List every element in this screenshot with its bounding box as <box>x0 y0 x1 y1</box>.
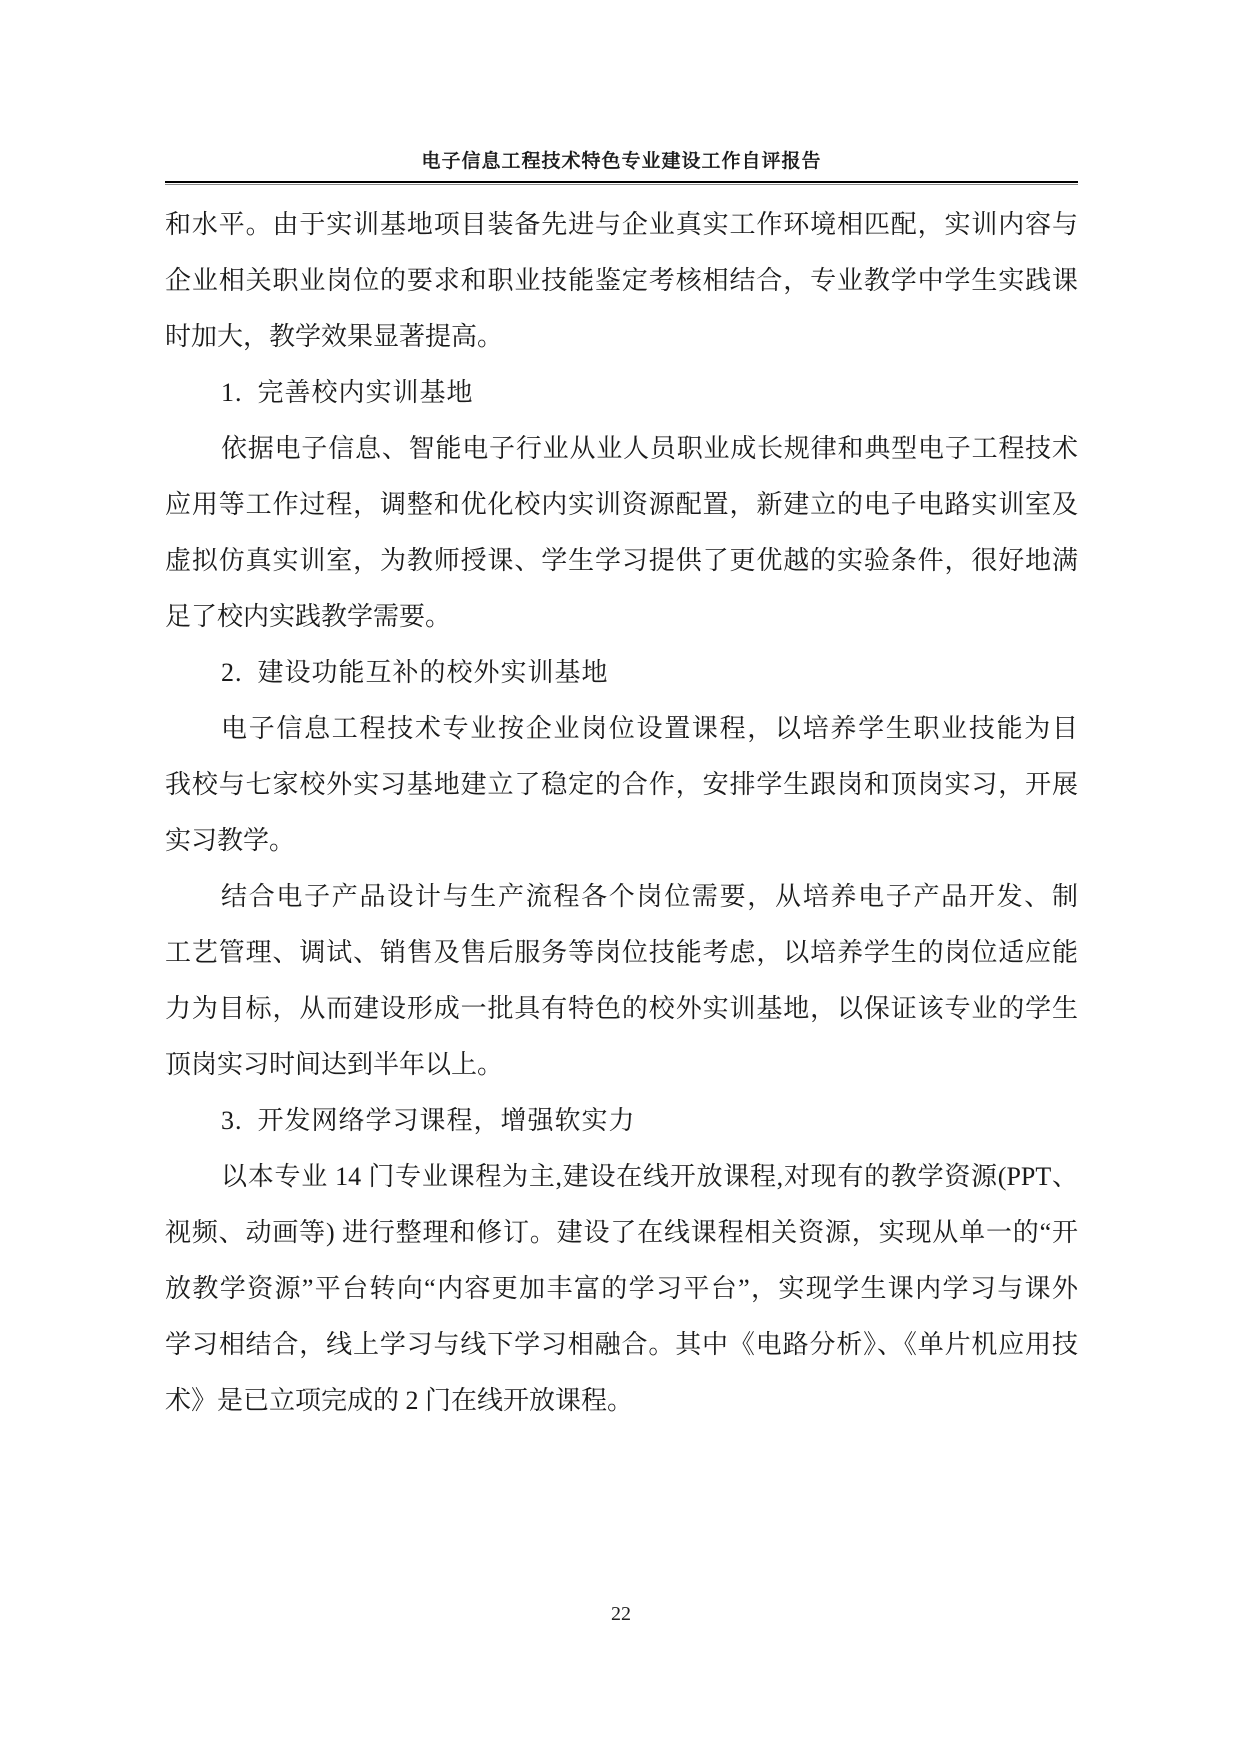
header-rule-thin-line <box>165 184 1078 185</box>
header-rule <box>165 181 1078 185</box>
section-heading: 3. 开发网络学习课程，增强软实力 <box>165 1093 1078 1149</box>
document-page: 电子信息工程技术特色专业建设工作自评报告 和水平。由于实训基地项目装备先进与企业… <box>0 0 1242 1755</box>
text-line: 2. 建设功能互补的校外实训基地 <box>165 645 1078 701</box>
paragraph: 依据电子信息、智能电子行业从业人员职业成长规律和典型电子工程技术应用等工作过程，… <box>165 421 1078 645</box>
paragraph: 结合电子产品设计与生产流程各个岗位需要，从培养电子产品开发、制造、工艺管理、调试… <box>165 869 1078 1093</box>
page-number: 22 <box>611 1603 631 1625</box>
text-line: 以本专业 14 门专业课程为主,建设在线开放课程,对现有的教学资源(PPT、 <box>165 1149 1078 1205</box>
paragraph: 和水平。由于实训基地项目装备先进与企业真实工作环境相匹配，实训内容与企业相关职业… <box>165 197 1078 365</box>
section-heading: 2. 建设功能互补的校外实训基地 <box>165 645 1078 701</box>
text-line: 放教学资源”平台转向“内容更加丰富的学习平台”，实现学生课内学习与课外 <box>165 1261 1078 1317</box>
text-line: 结合电子产品设计与生产流程各个岗位需要，从培养电子产品开发、制造、 <box>165 869 1078 925</box>
text-line: 依据电子信息、智能电子行业从业人员职业成长规律和典型电子工程技术 <box>165 421 1078 477</box>
text-line: 和水平。由于实训基地项目装备先进与企业真实工作环境相匹配，实训内容与 <box>165 197 1078 253</box>
text-line: 1. 完善校内实训基地 <box>165 365 1078 421</box>
text-line: 学习相结合，线上学习与线下学习相融合。其中《电路分析》、《单片机应用技 <box>165 1317 1078 1373</box>
text-line: 视频、动画等) 进行整理和修订。建设了在线课程相关资源，实现从单一的“开 <box>165 1205 1078 1261</box>
header-title: 电子信息工程技术特色专业建设工作自评报告 <box>165 0 1078 173</box>
text-line: 应用等工作过程，调整和优化校内实训资源配置，新建立的电子电路实训室及 <box>165 477 1078 533</box>
text-line: 术》是已立项完成的 2 门在线开放课程。 <box>165 1373 1078 1429</box>
text-line: 时加大，教学效果显著提高。 <box>165 309 1078 365</box>
text-line: 力为目标，从而建设形成一批具有特色的校外实训基地，以保证该专业的学生 <box>165 981 1078 1037</box>
page-header: 电子信息工程技术特色专业建设工作自评报告 <box>165 0 1078 185</box>
text-line: 3. 开发网络学习课程，增强软实力 <box>165 1093 1078 1149</box>
text-line: 顶岗实习时间达到半年以上。 <box>165 1037 1078 1093</box>
text-line: 我校与七家校外实习基地建立了稳定的合作，安排学生跟岗和顶岗实习，开展 <box>165 757 1078 813</box>
text-line: 虚拟仿真实训室，为教师授课、学生学习提供了更优越的实验条件，很好地满 <box>165 533 1078 589</box>
text-line: 企业相关职业岗位的要求和职业技能鉴定考核相结合，专业教学中学生实践课 <box>165 253 1078 309</box>
header-rule-thick-line <box>165 181 1078 183</box>
text-line: 电子信息工程技术专业按企业岗位设置课程，以培养学生职业技能为目标。 <box>165 701 1078 757</box>
text-line: 实习教学。 <box>165 813 1078 869</box>
page-footer: 22 <box>0 1603 1242 1626</box>
paragraph: 以本专业 14 门专业课程为主,建设在线开放课程,对现有的教学资源(PPT、视频… <box>165 1149 1078 1429</box>
text-line: 工艺管理、调试、销售及售后服务等岗位技能考虑，以培养学生的岗位适应能 <box>165 925 1078 981</box>
section-heading: 1. 完善校内实训基地 <box>165 365 1078 421</box>
document-body: 和水平。由于实训基地项目装备先进与企业真实工作环境相匹配，实训内容与企业相关职业… <box>165 197 1078 1429</box>
text-line: 足了校内实践教学需要。 <box>165 589 1078 645</box>
paragraph: 电子信息工程技术专业按企业岗位设置课程，以培养学生职业技能为目标。我校与七家校外… <box>165 701 1078 869</box>
